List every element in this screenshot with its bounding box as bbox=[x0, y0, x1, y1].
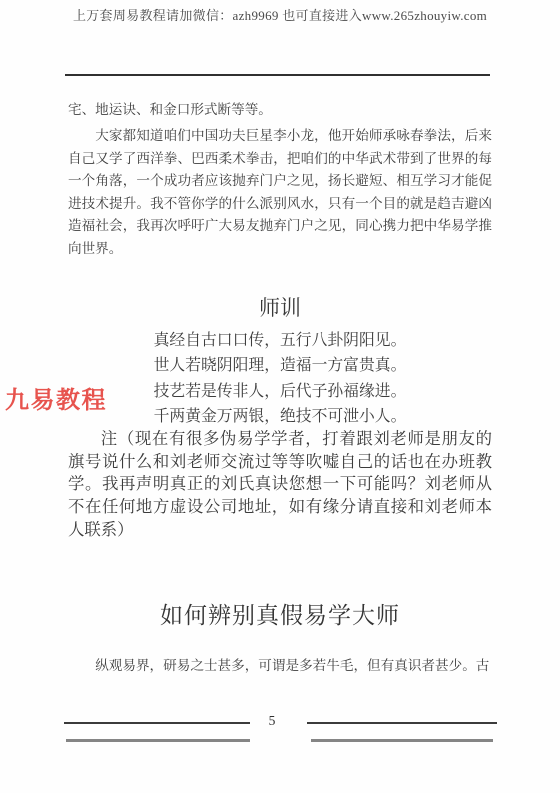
footer-thin-line-left bbox=[64, 722, 250, 724]
poem-line-2: 世人若晓阴阳理，造福一方富贵真。 bbox=[68, 353, 492, 378]
note-paragraph: 注（现在有很多伪易学学者，打着跟刘老师是朋友的旗号说什么和刘老师交流过等等吹嘘自… bbox=[68, 428, 492, 542]
chapter-heading: 如何辨别真假易学大师 bbox=[68, 597, 492, 630]
document-page: 上万套周易教程请加微信：azh9969 也可直接进入www.265zhouyiw… bbox=[0, 0, 560, 793]
poem-block: 真经自古口口传，五行八卦阴阳见。 世人若晓阴阳理，造福一方富贵真。 技艺若是传非… bbox=[68, 328, 492, 430]
page-number: 5 bbox=[250, 713, 294, 729]
paragraph-continuation: 宅、地运诀、和金口形式断等等。 bbox=[68, 99, 492, 122]
footer-thin-line-right bbox=[307, 722, 497, 724]
watermark-jiuyi-jiaocheng: 九易教程 bbox=[5, 380, 107, 415]
paragraph-outlook: 纵观易界，研易之士甚多，可谓是多若牛毛，但有真识者甚少。古 bbox=[68, 655, 492, 678]
section-title-shixun: 师训 bbox=[68, 292, 492, 322]
poem-line-3: 技艺若是传非人，后代子孙福缘进。 bbox=[68, 379, 492, 404]
paragraph-bruce-lee: 大家都知道咱们中国功夫巨星李小龙，他开始师承咏春拳法，后来自己又学了西洋拳、巴西… bbox=[68, 125, 492, 261]
footer-thick-line-right bbox=[311, 739, 493, 742]
header-divider-line bbox=[65, 74, 490, 76]
header-promo-text: 上万套周易教程请加微信：azh9969 也可直接进入www.265zhouyiw… bbox=[0, 5, 560, 24]
poem-line-1: 真经自古口口传，五行八卦阴阳见。 bbox=[68, 328, 492, 353]
poem-line-4: 千两黄金万两银，绝技不可泄小人。 bbox=[68, 404, 492, 429]
footer-thick-line-left bbox=[66, 739, 250, 742]
